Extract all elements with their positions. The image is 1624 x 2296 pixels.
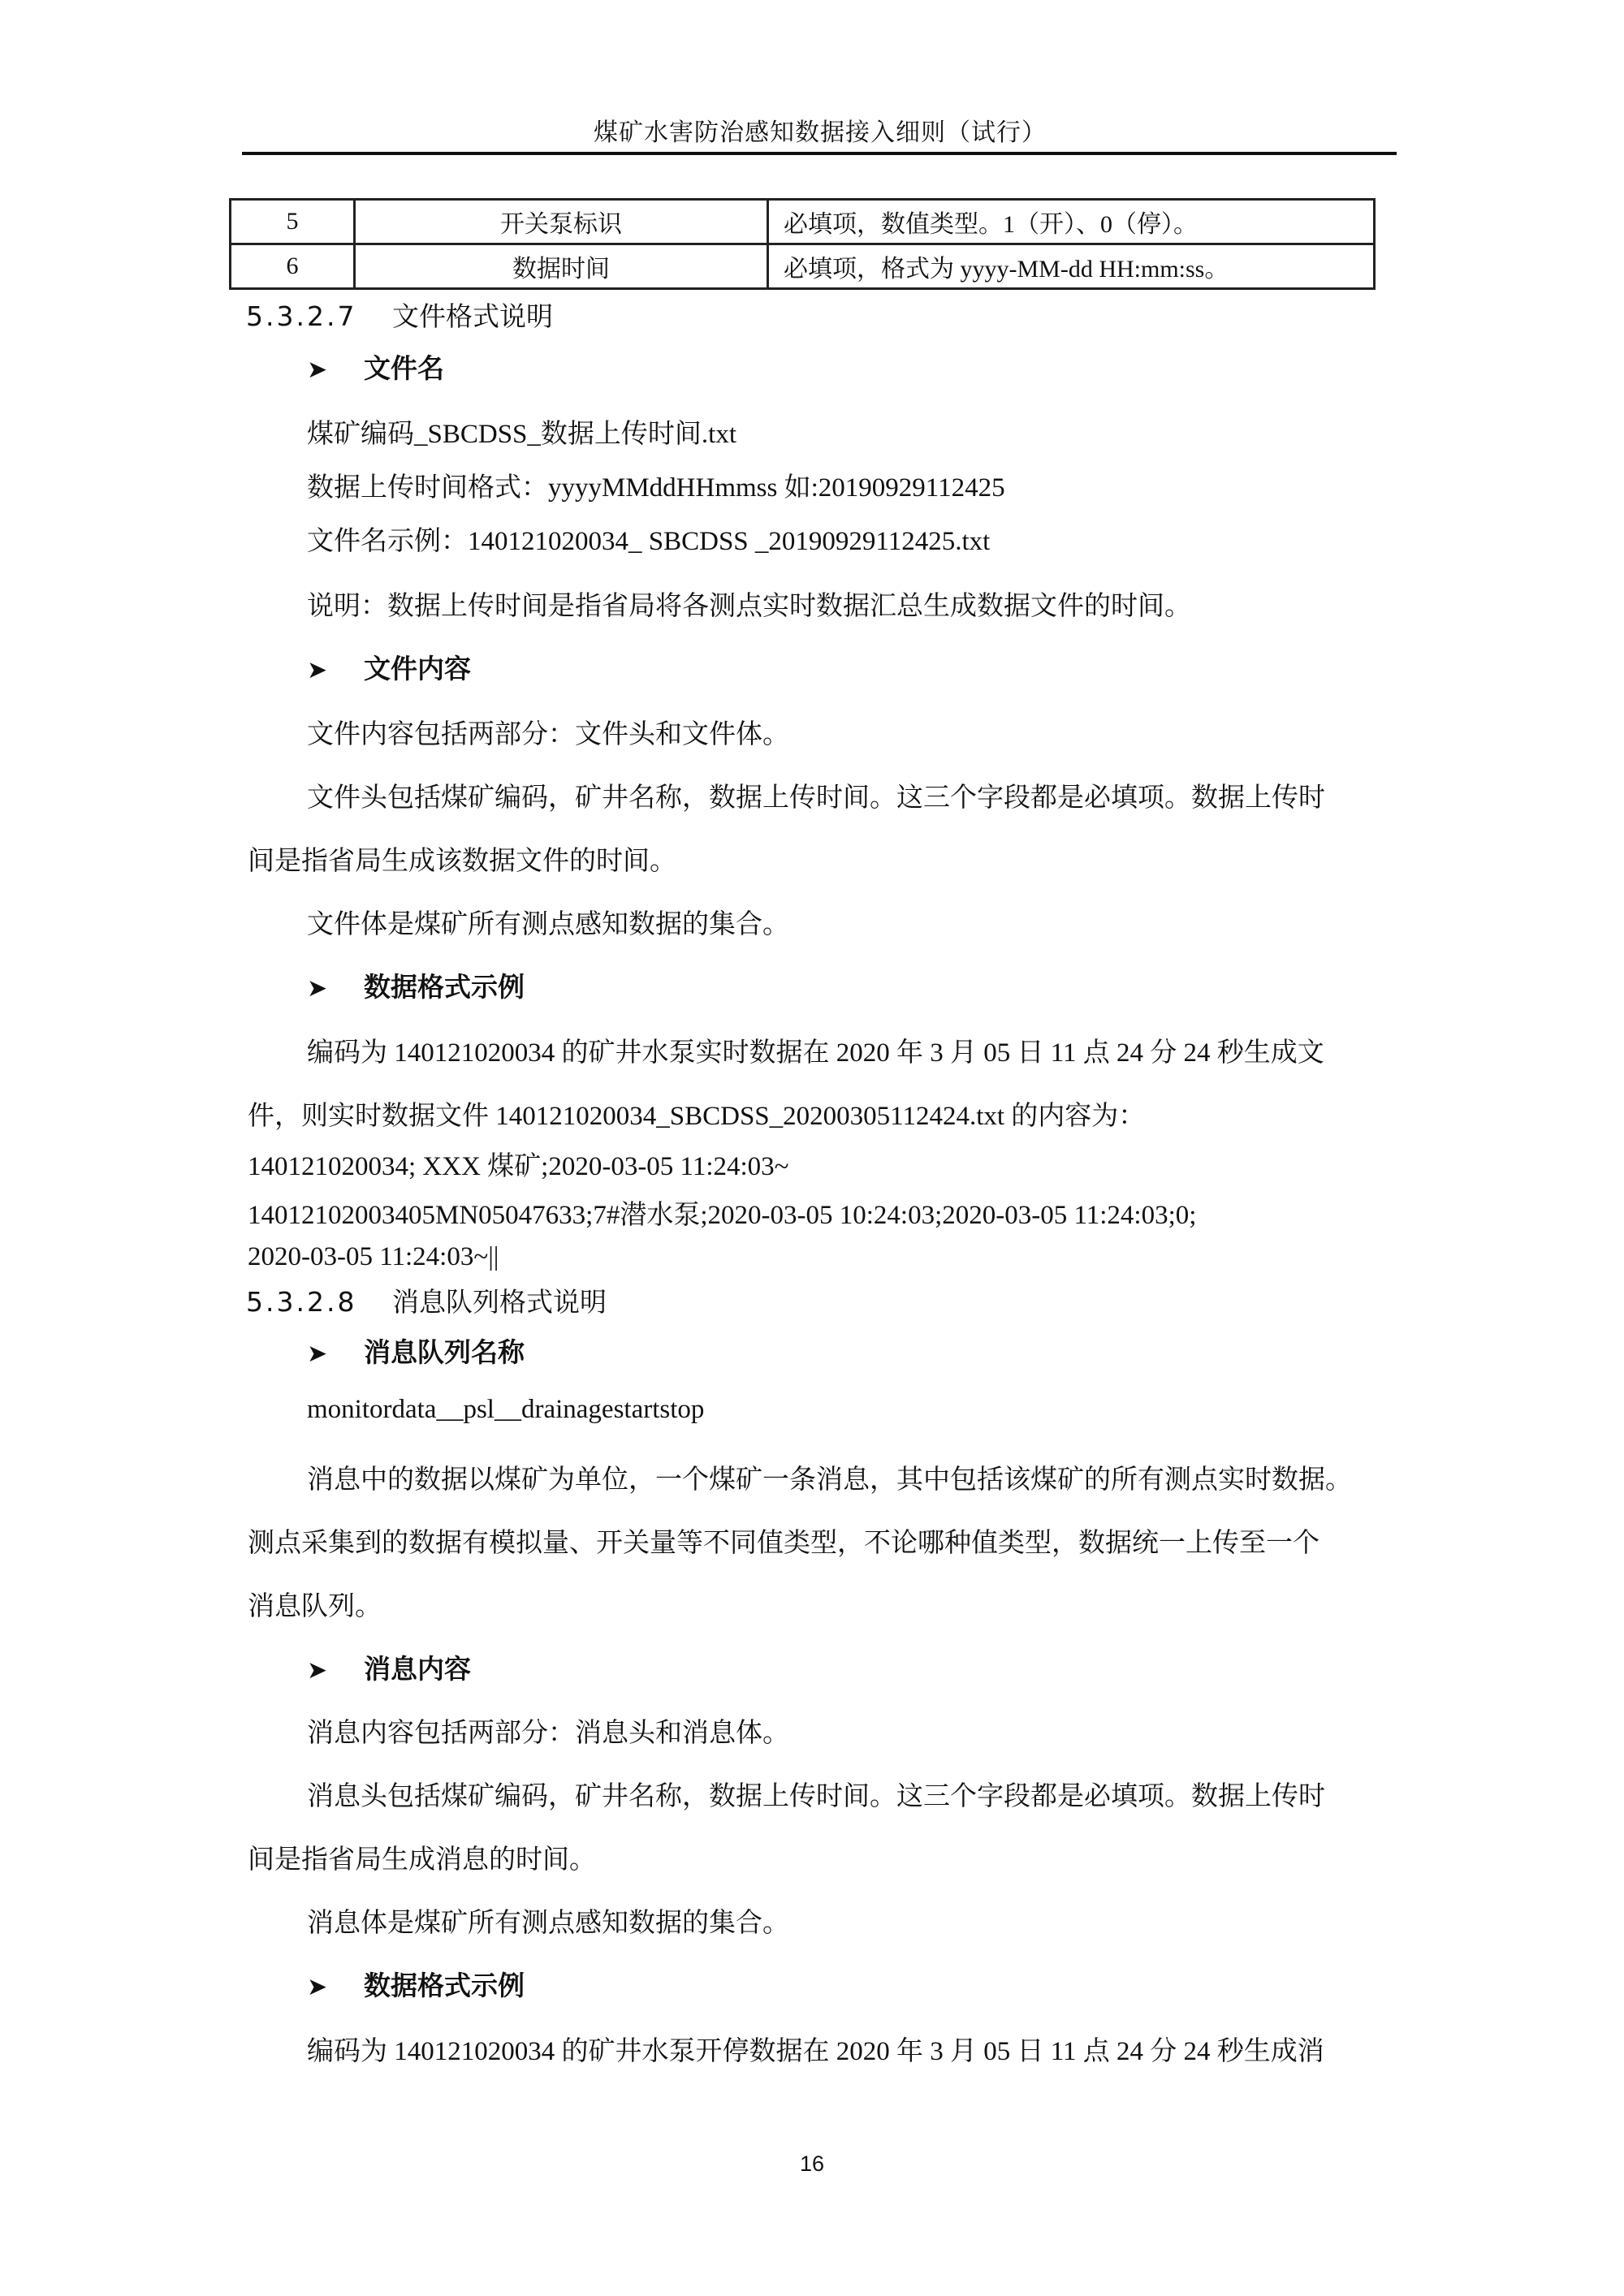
arrow-bullet-icon: ➤ [307, 1340, 364, 1368]
bullet-heading-example: ➤数据格式示例 [307, 966, 525, 1004]
paragraph: 测点采集到的数据有模拟量、开关量等不同值类型，不论哪种值类型，数据统一上传至一个 [248, 1521, 1319, 1560]
section-title: 文件格式说明 [392, 300, 553, 332]
note: 说明：数据上传时间是指省局将各测点实时数据汇总生成数据文件的时间。 [307, 585, 1191, 623]
arrow-bullet-icon: ➤ [307, 656, 364, 684]
filename-example: 文件名示例：140121020034_ SBCDSS _201909291124… [307, 520, 990, 558]
table-cell-num: 6 [231, 244, 355, 289]
paragraph: 消息中的数据以煤矿为单位，一个煤矿一条消息，其中包括该煤矿的所有测点实时数据。 [307, 1458, 1352, 1496]
paragraph: 编码为 140121020034 的矿井水泵实时数据在 2020 年 3 月 0… [307, 1031, 1324, 1069]
paragraph: 编码为 140121020034 的矿井水泵开停数据在 2020 年 3 月 0… [307, 2030, 1324, 2068]
bullet-heading-filename: ➤文件名 [307, 347, 444, 386]
data-line: 14012102003405MN05047633;7#潜水泵;2020-03-0… [248, 1193, 1196, 1232]
paragraph: 文件体是煤矿所有测点感知数据的集合。 [307, 903, 789, 941]
bullet-label: 文件内容 [364, 653, 471, 684]
bullet-heading-msg-example: ➤数据格式示例 [307, 1965, 525, 2003]
arrow-bullet-icon: ➤ [307, 1973, 364, 2001]
arrow-bullet-icon: ➤ [307, 356, 364, 384]
section-title: 消息队列格式说明 [392, 1286, 607, 1318]
paragraph: 消息体是煤矿所有测点感知数据的集合。 [307, 1901, 789, 1940]
bullet-heading-msg-content: ➤消息内容 [307, 1648, 471, 1686]
section-heading-5327: 5.3.2.7文件格式说明 [246, 296, 553, 334]
table-cell-desc: 必填项，格式为 yyyy-MM-dd HH:mm:ss。 [768, 244, 1375, 289]
arrow-bullet-icon: ➤ [307, 1656, 364, 1685]
bullet-heading-queue-name: ➤消息队列名称 [307, 1331, 525, 1370]
section-number: 5.3.2.7 [246, 300, 392, 332]
paragraph: 间是指省局生成消息的时间。 [248, 1838, 596, 1876]
bullet-label: 数据格式示例 [364, 1970, 525, 2001]
paragraph: 消息队列。 [248, 1585, 382, 1623]
filename-pattern: 煤矿编码_SBCDSS_数据上传时间.txt [307, 412, 736, 451]
paragraph: 间是指省局生成该数据文件的时间。 [248, 839, 676, 878]
page-header-title: 煤矿水害防治感知数据接入细则（试行） [244, 112, 1397, 148]
paragraph: 件，则实时数据文件 140121020034_SBCDSS_2020030511… [248, 1094, 1145, 1133]
paragraph: 文件内容包括两部分：文件头和文件体。 [307, 713, 789, 751]
header-rule [242, 152, 1397, 155]
data-line: 140121020034; XXX 煤矿;2020-03-05 11:24:03… [248, 1145, 789, 1183]
section-heading-5328: 5.3.2.8消息队列格式说明 [246, 1281, 607, 1319]
table-row: 5 开关泵标识 必填项，数值类型。1（开）、0（停）。 [231, 200, 1375, 244]
arrow-bullet-icon: ➤ [307, 974, 364, 1003]
bullet-label: 消息内容 [364, 1653, 471, 1685]
bullet-label: 文件名 [364, 352, 444, 384]
paragraph: 消息头包括煤矿编码，矿井名称，数据上传时间。这三个字段都是必填项。数据上传时 [307, 1775, 1325, 1813]
paragraph: 文件头包括煤矿编码，矿井名称，数据上传时间。这三个字段都是必填项。数据上传时 [307, 776, 1325, 814]
paragraph: 消息内容包括两部分：消息头和消息体。 [307, 1711, 789, 1750]
page-number: 16 [0, 2151, 1624, 2177]
table-cell-desc: 必填项，数值类型。1（开）、0（停）。 [768, 200, 1375, 244]
bullet-heading-file-content: ➤文件内容 [307, 648, 471, 686]
table-cell-num: 5 [231, 200, 355, 244]
table-cell-name: 开关泵标识 [355, 200, 768, 244]
table-row: 6 数据时间 必填项，格式为 yyyy-MM-dd HH:mm:ss。 [231, 244, 1375, 289]
bullet-label: 消息队列名称 [364, 1336, 525, 1368]
queue-name: monitordata__psl__drainagestartstop [307, 1395, 704, 1425]
time-format: 数据上传时间格式：yyyyMMddHHmmss 如:20190929112425 [307, 466, 1005, 504]
bullet-label: 数据格式示例 [364, 971, 525, 1003]
section-number: 5.3.2.8 [246, 1286, 392, 1318]
table-cell-name: 数据时间 [355, 244, 768, 289]
data-line: 2020-03-05 11:24:03~|| [248, 1242, 499, 1272]
field-spec-table: 5 开关泵标识 必填项，数值类型。1（开）、0（停）。 6 数据时间 必填项，格… [229, 198, 1376, 290]
